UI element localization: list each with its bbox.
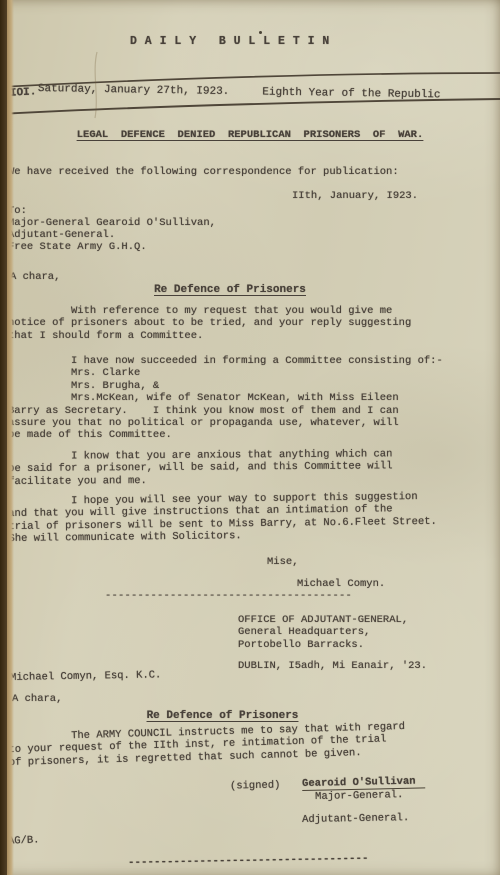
letter2-office-block: OFFICE OF ADJUTANT-GENERAL, General Head… (238, 614, 408, 651)
letter1-paragraph-2: I have now succeeded in forming a Commit… (8, 355, 443, 442)
letter1-salutation: A chara, (10, 271, 60, 283)
letter1-paragraph-3: I know that you are anxious that anythin… (8, 448, 393, 488)
letter2-salutation: A chara, (12, 693, 62, 705)
letter1-signature: Michael Comyn. (297, 578, 385, 590)
masthead-title: D A I L Y B U L L E T I N (130, 36, 330, 48)
signature-title: Adjutant-General. (302, 812, 409, 826)
signature-rank: Major-General. (315, 789, 403, 803)
separator-dashes-1: -------------------------------------- (105, 590, 352, 602)
intro-line: We have received the following correspon… (8, 166, 399, 178)
document-page: D A I L Y B U L L E T I N IOI. Saturday,… (0, 0, 500, 875)
letter1-subject: Re Defence of Prisoners (0, 284, 460, 296)
stray-ink-mark (259, 31, 262, 34)
letter1-address-block: To: Major-General Gearoid O'Sullivan, Ad… (8, 205, 216, 253)
headline: LEGAL DEFENCE DENIED REPUBLICAN PRISONER… (0, 129, 500, 141)
letter1-paragraph-1: With reference to my request that you wo… (8, 305, 411, 342)
page-binding-edge-dark (0, 0, 7, 875)
separator-dashes-2: ------------------------------------- (128, 853, 369, 870)
letter1-date: IIth, January, I923. (292, 190, 418, 202)
signed-label: (signed) (230, 780, 281, 793)
dateline: Saturday, January 27th, I923. Eighth Yea… (38, 83, 441, 102)
letter1-paragraph-4: I hope you will see your way to support … (8, 491, 437, 546)
letter2-place-date: DUBLIN, I5adh, Mi Eanair, '23. (238, 660, 427, 672)
letter1-closing: Mise, (267, 556, 299, 568)
letter2-paragraph-1: The ARMY COUNCIL instructs me to say tha… (8, 721, 406, 769)
letter2-subject: Re Defence of Prisoners (0, 710, 445, 722)
page-binding-edge-tan (7, 0, 14, 875)
letter2-addressee: Michael Comyn, Esq. K.C. (10, 669, 161, 684)
